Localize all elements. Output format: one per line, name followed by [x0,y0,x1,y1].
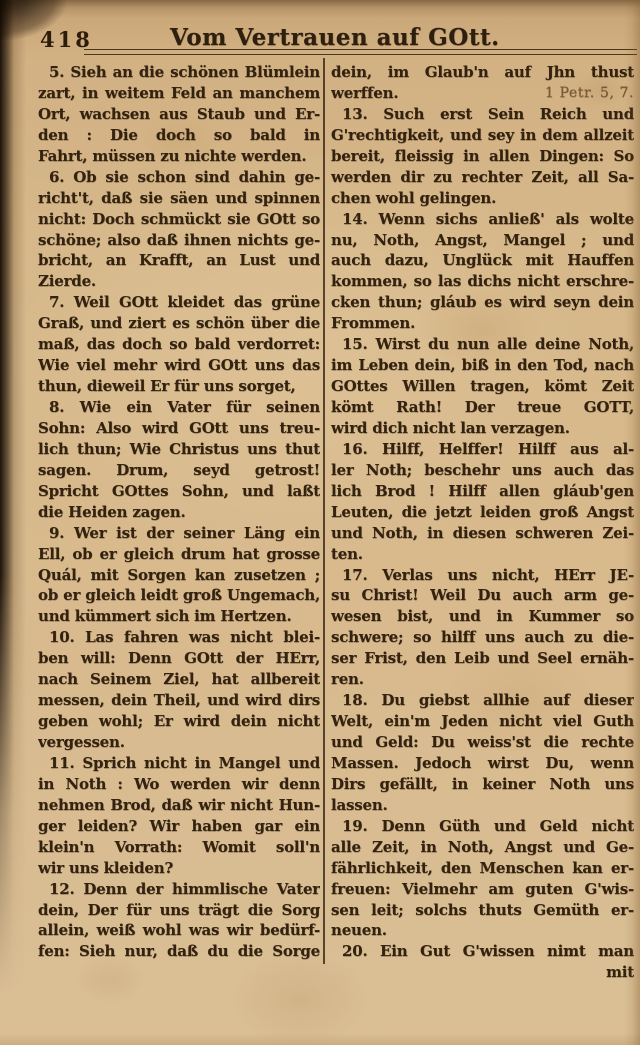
page-binding-edge [0,0,30,1045]
text-line: nach Seinem Ziel, hat allbereit ge- [38,669,320,690]
text-line: ben will: Denn GOtt der HErr, [38,648,320,669]
text-line: Fahrt, müssen zu nichte werden. [38,146,320,167]
text-line: ger leiden? Wir haben gar ein [38,816,320,837]
text-line: 10. Las fahren was nicht blei- [38,627,320,648]
text-line: nicht: Doch schmückt sie GOtt so [38,209,320,230]
text-line: dein, im Glaub'n auf Jhn thust [331,62,634,83]
text-line: geben wohl; Er wird dein nicht [38,711,320,732]
text-line: cken thun; gláub es wird seyn dein [331,292,634,313]
catchword: mit [606,962,634,983]
text-line: Spricht GOttes Sohn, und laßt [38,481,320,502]
text-line: ren. [331,669,634,690]
text-line: chen wohl gelingen. [331,188,634,209]
text-line: Massen. Jedoch wirst Du, wenn [331,753,634,774]
text-line: bereit, fleissig in allen Dingen: So [331,146,634,167]
text-line: Frommen. [331,313,634,334]
text-line: schöne; also daß ihnen nichts ge- [38,230,320,251]
page-top-shadow [0,0,640,18]
text-line: ten. [331,544,634,565]
text-line: Ort, wachsen aus Staub und Er- [38,104,320,125]
scripture-reference: 1 Petr. 5, 7. [545,83,634,104]
text-line: G'rechtigkeit, und sey in dem allzeit [331,125,634,146]
book-page-scan: 418 Vom Vertrauen auf GOtt. 5. Sieh an d… [0,0,640,1045]
text-line: 12. Denn der himmlische Vater [38,879,320,900]
text-line: sagen. Drum, seyd getrost! [38,460,320,481]
text-line: und kümmert sich im Hertzen. [38,606,320,627]
text-line: Quál, mit Sorgen kan zusetzen ; [38,565,320,586]
text-line: GOttes Willen tragen, kömt Zeit [331,376,634,397]
text-line: 7. Weil GOtt kleidet das grüne [38,292,320,313]
text-line: fen: Sieh nur, daß du die Sorge [38,941,320,962]
text-line: Ell, ob er gleich drum hat grosse [38,544,320,565]
text-line: 16. Hilff, Helffer! Hilff aus al- [331,439,634,460]
text-line-left-part: werffen. [331,83,398,104]
page-bottom-edge [0,1033,640,1045]
text-line: su Christ! Weil Du auch arm ge- [331,585,634,606]
text-line: kommen, so las dichs nicht erschre- [331,271,634,292]
text-line: ser Frist, den Leib und Seel ernäh- [331,648,634,669]
text-line: Zierde. [38,271,320,292]
text-line: Dirs gefällt, in keiner Noth uns [331,774,634,795]
text-line: richt't, daß sie säen und spinnen [38,188,320,209]
running-header-title: Vom Vertrauen auf GOtt. [170,24,500,51]
text-line: und Noth, in diesen schweren Zei- [331,523,634,544]
text-line: vergessen. [38,732,320,753]
text-line: freuen: Vielmehr am guten G'wis- [331,879,634,900]
text-line: 13. Such erst Sein Reich und [331,104,634,125]
text-line: dein, Der für uns trägt die Sorg [38,900,320,921]
text-line: mit [331,962,634,983]
text-line: nu, Noth, Angst, Mangel ; und [331,230,634,251]
text-line: den : Die doch so bald in schneller [38,125,320,146]
text-line: thun, dieweil Er für uns sorget, [38,376,320,397]
text-line: ler Noth; beschehr uns auch das täg- [331,460,634,481]
text-line: 19. Denn Güth und Geld nicht [331,816,634,837]
text-line: in Noth : Wo werden wir denn [38,774,320,795]
text-line: wesen bist, und in Kummer so [331,606,634,627]
text-line: Leuten, die jetzt leiden groß Angst [331,502,634,523]
text-line: sen leit; solchs thuts Gemüth er- [331,900,634,921]
text-line: Sohn: Also wird GOtt uns treu- [38,418,320,439]
text-line: 11. Sprich nicht in Mangel und [38,753,320,774]
text-line: 8. Wie ein Vater für seinen [38,397,320,418]
text-line: werden dir zu rechter Zeit, all Sa- [331,167,634,188]
text-line: Graß, und ziert es schön über die [38,313,320,334]
text-line: 14. Wenn sichs anließ' als wolte [331,209,634,230]
text-line: fährlichkeit, den Menschen kan er- [331,858,634,879]
text-line: Wie viel mehr wird GOtt uns das [38,355,320,376]
text-line: ob er gleich leidt groß Ungemach, [38,585,320,606]
text-line: nehmen Brod, daß wir nicht Hun- [38,795,320,816]
text-column-right: dein, im Glaub'n auf Jhn thustwerffen.1 … [331,62,634,983]
text-line: auch dazu, Unglück mit Hauffen [331,250,634,271]
text-line: 9. Wer ist der seiner Läng ein [38,523,320,544]
text-line: lassen. [331,795,634,816]
text-line: lich thun; Wie Christus uns thut [38,439,320,460]
text-line: und Geld: Du weiss'st die rechte [331,732,634,753]
text-line: lich Brod ! Hilff allen gláub'gen [331,481,634,502]
text-line: kömt Rath! Der treue GOTT, [331,397,634,418]
text-line: wird dich nicht lan verzagen. [331,418,634,439]
text-line: werffen.1 Petr. 5, 7. [331,83,634,104]
text-line: allein, weiß wohl was wir bedürf- [38,920,320,941]
header-double-rule [84,49,637,55]
text-line: 15. Wirst du nun alle deine Noth, [331,334,634,355]
text-line: wir uns kleiden? [38,858,320,879]
text-line: im Leben dein, biß in den Tod, nach [331,355,634,376]
text-line: 20. Ein Gut G'wissen nimt man [331,941,634,962]
text-line: klein'n Vorrath: Womit soll'n [38,837,320,858]
text-line: die Heiden zagen. [38,502,320,523]
text-line: 17. Verlas uns nicht, HErr JE- [331,565,634,586]
text-line: Welt, ein'm Jeden nicht viel Guth [331,711,634,732]
text-line: alle Zeit, in Noth, Angst und Ge- [331,837,634,858]
text-line: zart, in weitem Feld an manchem [38,83,320,104]
text-line: schwere; so hilff uns auch zu die- [331,627,634,648]
text-line: 5. Sieh an die schönen Blümlein [38,62,320,83]
text-column-left: 5. Sieh an die schönen Blümleinzart, in … [38,62,320,962]
text-line: neuen. [331,920,634,941]
text-line: maß, das doch so bald verdorret: [38,334,320,355]
text-line: 18. Du giebst allhie auf dieser [331,690,634,711]
text-line: bricht, an Krafft, an Lust und [38,250,320,271]
text-line: 6. Ob sie schon sind dahin ge- [38,167,320,188]
text-line: messen, dein Theil, und wird dirs [38,690,320,711]
column-divider-rule [323,58,325,964]
